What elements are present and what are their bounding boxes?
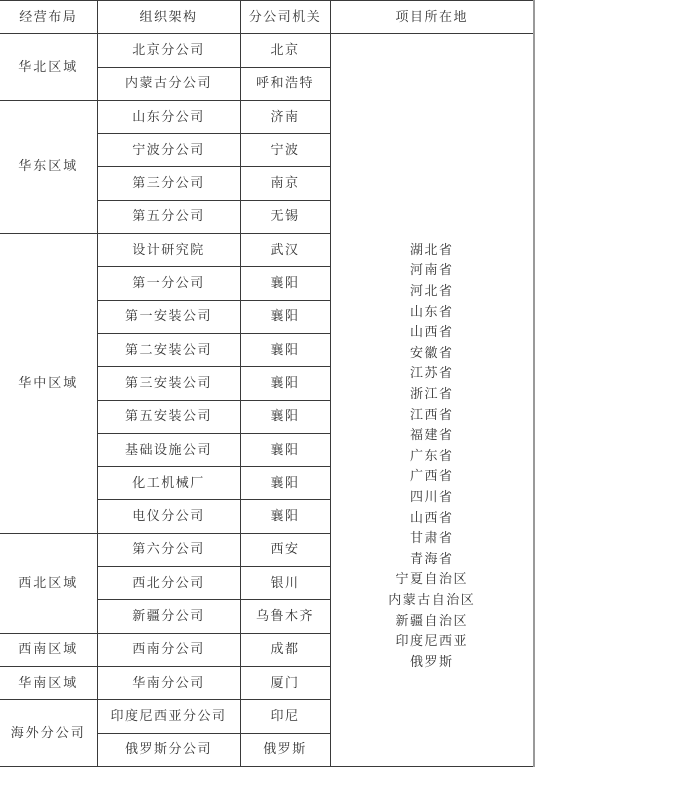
location-item: 江西省 [410,406,454,427]
region-cell: 华东区域 [0,100,97,233]
org-cell: 化工机械厂 [97,467,240,500]
organization-table: 经营布局 组织架构 分公司机关 项目所在地 华北区域 北京分公司 北京 湖北省 … [0,0,535,767]
project-locations-list: 湖北省 河南省 河北省 山东省 山西省 安徽省 江苏省 浙江省 江西省 福建省 … [331,127,534,673]
office-cell: 襄阳 [240,467,330,500]
org-cell: 俄罗斯分公司 [97,733,240,766]
region-cell: 华北区域 [0,34,97,101]
location-item: 山东省 [410,303,454,324]
location-item: 河北省 [410,282,454,303]
office-cell: 襄阳 [240,500,330,533]
org-cell: 第三安装公司 [97,367,240,400]
org-cell: 第一安装公司 [97,300,240,333]
office-cell: 北京 [240,34,330,67]
office-cell: 俄罗斯 [240,733,330,766]
region-cell: 西北区域 [0,533,97,633]
org-cell: 新疆分公司 [97,600,240,633]
location-item: 甘肃省 [410,529,454,550]
location-item: 广西省 [410,467,454,488]
org-cell: 第二安装公司 [97,333,240,366]
org-cell: 设计研究院 [97,234,240,267]
office-cell: 呼和浩特 [240,67,330,100]
office-cell: 成都 [240,633,330,666]
office-cell: 乌鲁木齐 [240,600,330,633]
location-item: 浙江省 [410,385,454,406]
location-item: 安徽省 [410,344,454,365]
location-item: 新疆自治区 [395,612,468,633]
org-cell: 宁波分公司 [97,134,240,167]
org-cell: 第五安装公司 [97,400,240,433]
project-locations-cell: 湖北省 河南省 河北省 山东省 山西省 安徽省 江苏省 浙江省 江西省 福建省 … [330,34,534,767]
location-item: 宁夏自治区 [395,570,468,591]
location-item: 湖北省 [410,241,454,262]
location-item: 广东省 [410,447,454,468]
org-cell: 北京分公司 [97,34,240,67]
office-cell: 宁波 [240,134,330,167]
office-cell: 襄阳 [240,267,330,300]
location-item: 江苏省 [410,364,454,385]
org-cell: 第五分公司 [97,200,240,233]
office-cell: 襄阳 [240,400,330,433]
office-cell: 厦门 [240,666,330,699]
region-cell: 海外分公司 [0,700,97,767]
office-cell: 襄阳 [240,433,330,466]
location-item: 俄罗斯 [410,653,454,674]
org-cell: 华南分公司 [97,666,240,699]
org-cell: 山东分公司 [97,100,240,133]
office-cell: 无锡 [240,200,330,233]
office-cell: 银川 [240,567,330,600]
org-cell: 内蒙古分公司 [97,67,240,100]
org-cell: 第三分公司 [97,167,240,200]
org-cell: 第六分公司 [97,533,240,566]
office-cell: 襄阳 [240,367,330,400]
region-cell: 华中区域 [0,234,97,534]
location-item: 河南省 [410,261,454,282]
region-cell: 西南区域 [0,633,97,666]
org-cell: 印度尼西亚分公司 [97,700,240,733]
office-cell: 印尼 [240,700,330,733]
office-cell: 南京 [240,167,330,200]
office-cell: 武汉 [240,234,330,267]
office-cell: 襄阳 [240,333,330,366]
office-cell: 襄阳 [240,300,330,333]
location-item: 福建省 [410,426,454,447]
office-cell: 西安 [240,533,330,566]
header-org-structure: 组织架构 [97,1,240,34]
org-cell: 第一分公司 [97,267,240,300]
header-branch-office: 分公司机关 [240,1,330,34]
org-cell: 基础设施公司 [97,433,240,466]
location-item: 山西省 [410,509,454,530]
header-project-location: 项目所在地 [330,1,534,34]
location-item: 山西省 [410,323,454,344]
table-row: 华北区域 北京分公司 北京 湖北省 河南省 河北省 山东省 山西省 安徽省 江苏… [0,34,534,67]
region-cell: 华南区域 [0,666,97,699]
location-item: 印度尼西亚 [395,632,468,653]
location-item: 四川省 [410,488,454,509]
header-row: 经营布局 组织架构 分公司机关 项目所在地 [0,1,534,34]
office-cell: 济南 [240,100,330,133]
header-business-layout: 经营布局 [0,1,97,34]
org-cell: 西南分公司 [97,633,240,666]
org-cell: 西北分公司 [97,567,240,600]
location-item: 内蒙古自治区 [388,591,475,612]
location-item: 青海省 [410,550,454,571]
org-cell: 电仪分公司 [97,500,240,533]
